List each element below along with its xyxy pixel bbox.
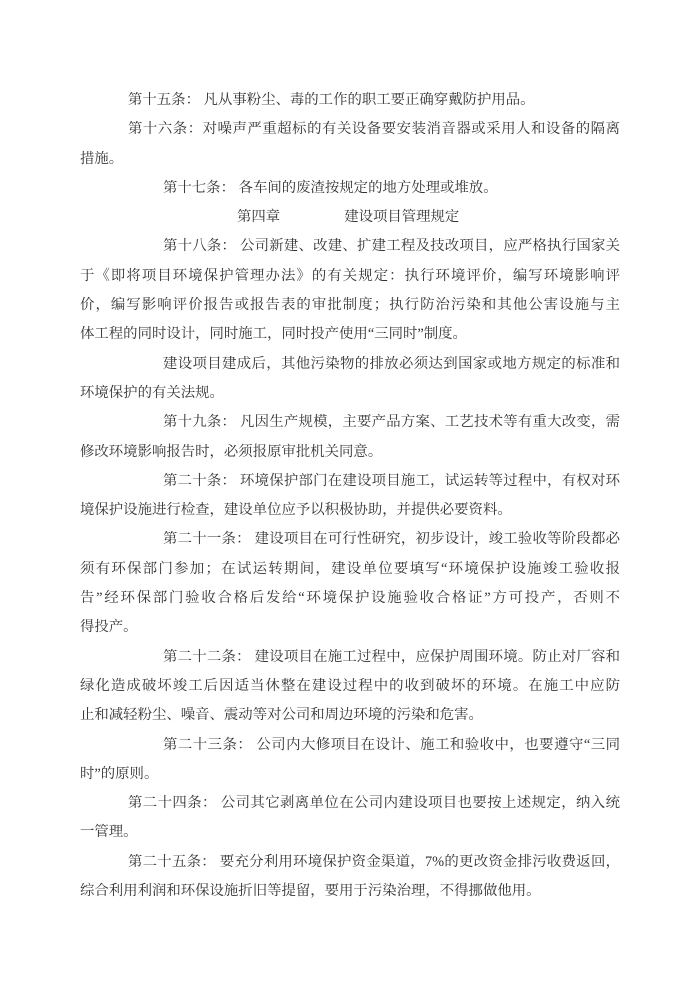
document-line: 第二十二条： 建设项目在施工过程中，应保护周围环境。防止对厂容和 bbox=[80, 643, 620, 672]
document-line: 价，编写影响评价报告或报告表的审批制度；执行防治污染和其他公害设施与主 bbox=[80, 291, 620, 320]
document-line: 第二十一条： 建设项目在可行性研究，初步设计，竣工验收等阶段都必 bbox=[80, 525, 620, 554]
document-line: 第十九条： 凡因生产规模，主要产品方案、工艺技术等有重大改变，需 bbox=[80, 408, 620, 437]
chapter-heading-gap bbox=[280, 220, 344, 221]
document-line: 第十八条： 公司新建、改建、扩建工程及技改项目，应严格执行国家关 bbox=[80, 232, 620, 261]
document-line: 于《即将项目环境保护管理办法》的有关规定：执行环境评价，编写环境影响评 bbox=[80, 262, 620, 291]
document-line: 境保护设施进行检查，建设单位应予以积极协助，并提供必要资料。 bbox=[80, 496, 620, 525]
document-content: 第十五条： 凡从事粉尘、毒的工作的职工要正确穿戴防护用品。第十六条：对噪声严重超… bbox=[80, 86, 620, 906]
document-line: 第二十四条： 公司其它剥离单位在公司内建设项目也要按上述规定，纳入统 bbox=[80, 789, 620, 818]
document-line: 第二十五条： 要充分利用环境保护资金渠道，7%的更改资金排污收费返回， bbox=[80, 848, 620, 877]
document-line: 须有环保部门参加；在试运转期间，建设单位要填写“环境保护设施竣工验收报 bbox=[80, 555, 620, 584]
chapter-title: 建设项目管理规定 bbox=[344, 209, 459, 225]
document-line: 告”经环保部门验收合格后发给“环境保护设施验收合格证”方可投产，否则不 bbox=[80, 584, 620, 613]
document-line: 得投产。 bbox=[80, 613, 620, 642]
chapter-heading: 第四章建设项目管理规定 bbox=[80, 203, 620, 232]
document-page: 第十五条： 凡从事粉尘、毒的工作的职工要正确穿戴防护用品。第十六条：对噪声严重超… bbox=[0, 0, 700, 990]
document-line: 修改环境影响报告时，必须报原审批机关同意。 bbox=[80, 438, 620, 467]
document-line: 综合利用利润和环保设施折旧等提留，要用于污染治理，不得挪做他用。 bbox=[80, 877, 620, 906]
document-line: 环境保护的有关法规。 bbox=[80, 379, 620, 408]
document-line: 第二十三条： 公司内大修项目在设计、施工和验收中，也要遵守“三同 bbox=[80, 731, 620, 760]
document-line: 绿化造成破坏竣工后因适当休整在建设过程中的收到破坏的环境。在施工中应防 bbox=[80, 672, 620, 701]
document-line: 第二十条： 环境保护部门在建设项目施工，试运转等过程中，有权对环 bbox=[80, 467, 620, 496]
document-line: 体工程的同时设计，同时施工，同时投产使用“三同时”制度。 bbox=[80, 320, 620, 349]
document-line: 第十五条： 凡从事粉尘、毒的工作的职工要正确穿戴防护用品。 bbox=[80, 86, 620, 115]
document-line: 时”的原则。 bbox=[80, 760, 620, 789]
document-line: 建设项目建成后，其他污染物的排放必须达到国家或地方规定的标准和 bbox=[80, 350, 620, 379]
document-line: 一管理。 bbox=[80, 818, 620, 847]
document-line: 第十七条： 各车间的废渣按规定的地方处理或堆放。 bbox=[80, 174, 620, 203]
document-line: 第十六条：对噪声严重超标的有关设备要安装消音器或采用人和设备的隔离 bbox=[80, 115, 620, 144]
document-line: 止和减轻粉尘、噪音、震动等对公司和周边环境的污染和危害。 bbox=[80, 701, 620, 730]
chapter-number: 第四章 bbox=[237, 209, 280, 225]
document-line: 措施。 bbox=[80, 145, 620, 174]
